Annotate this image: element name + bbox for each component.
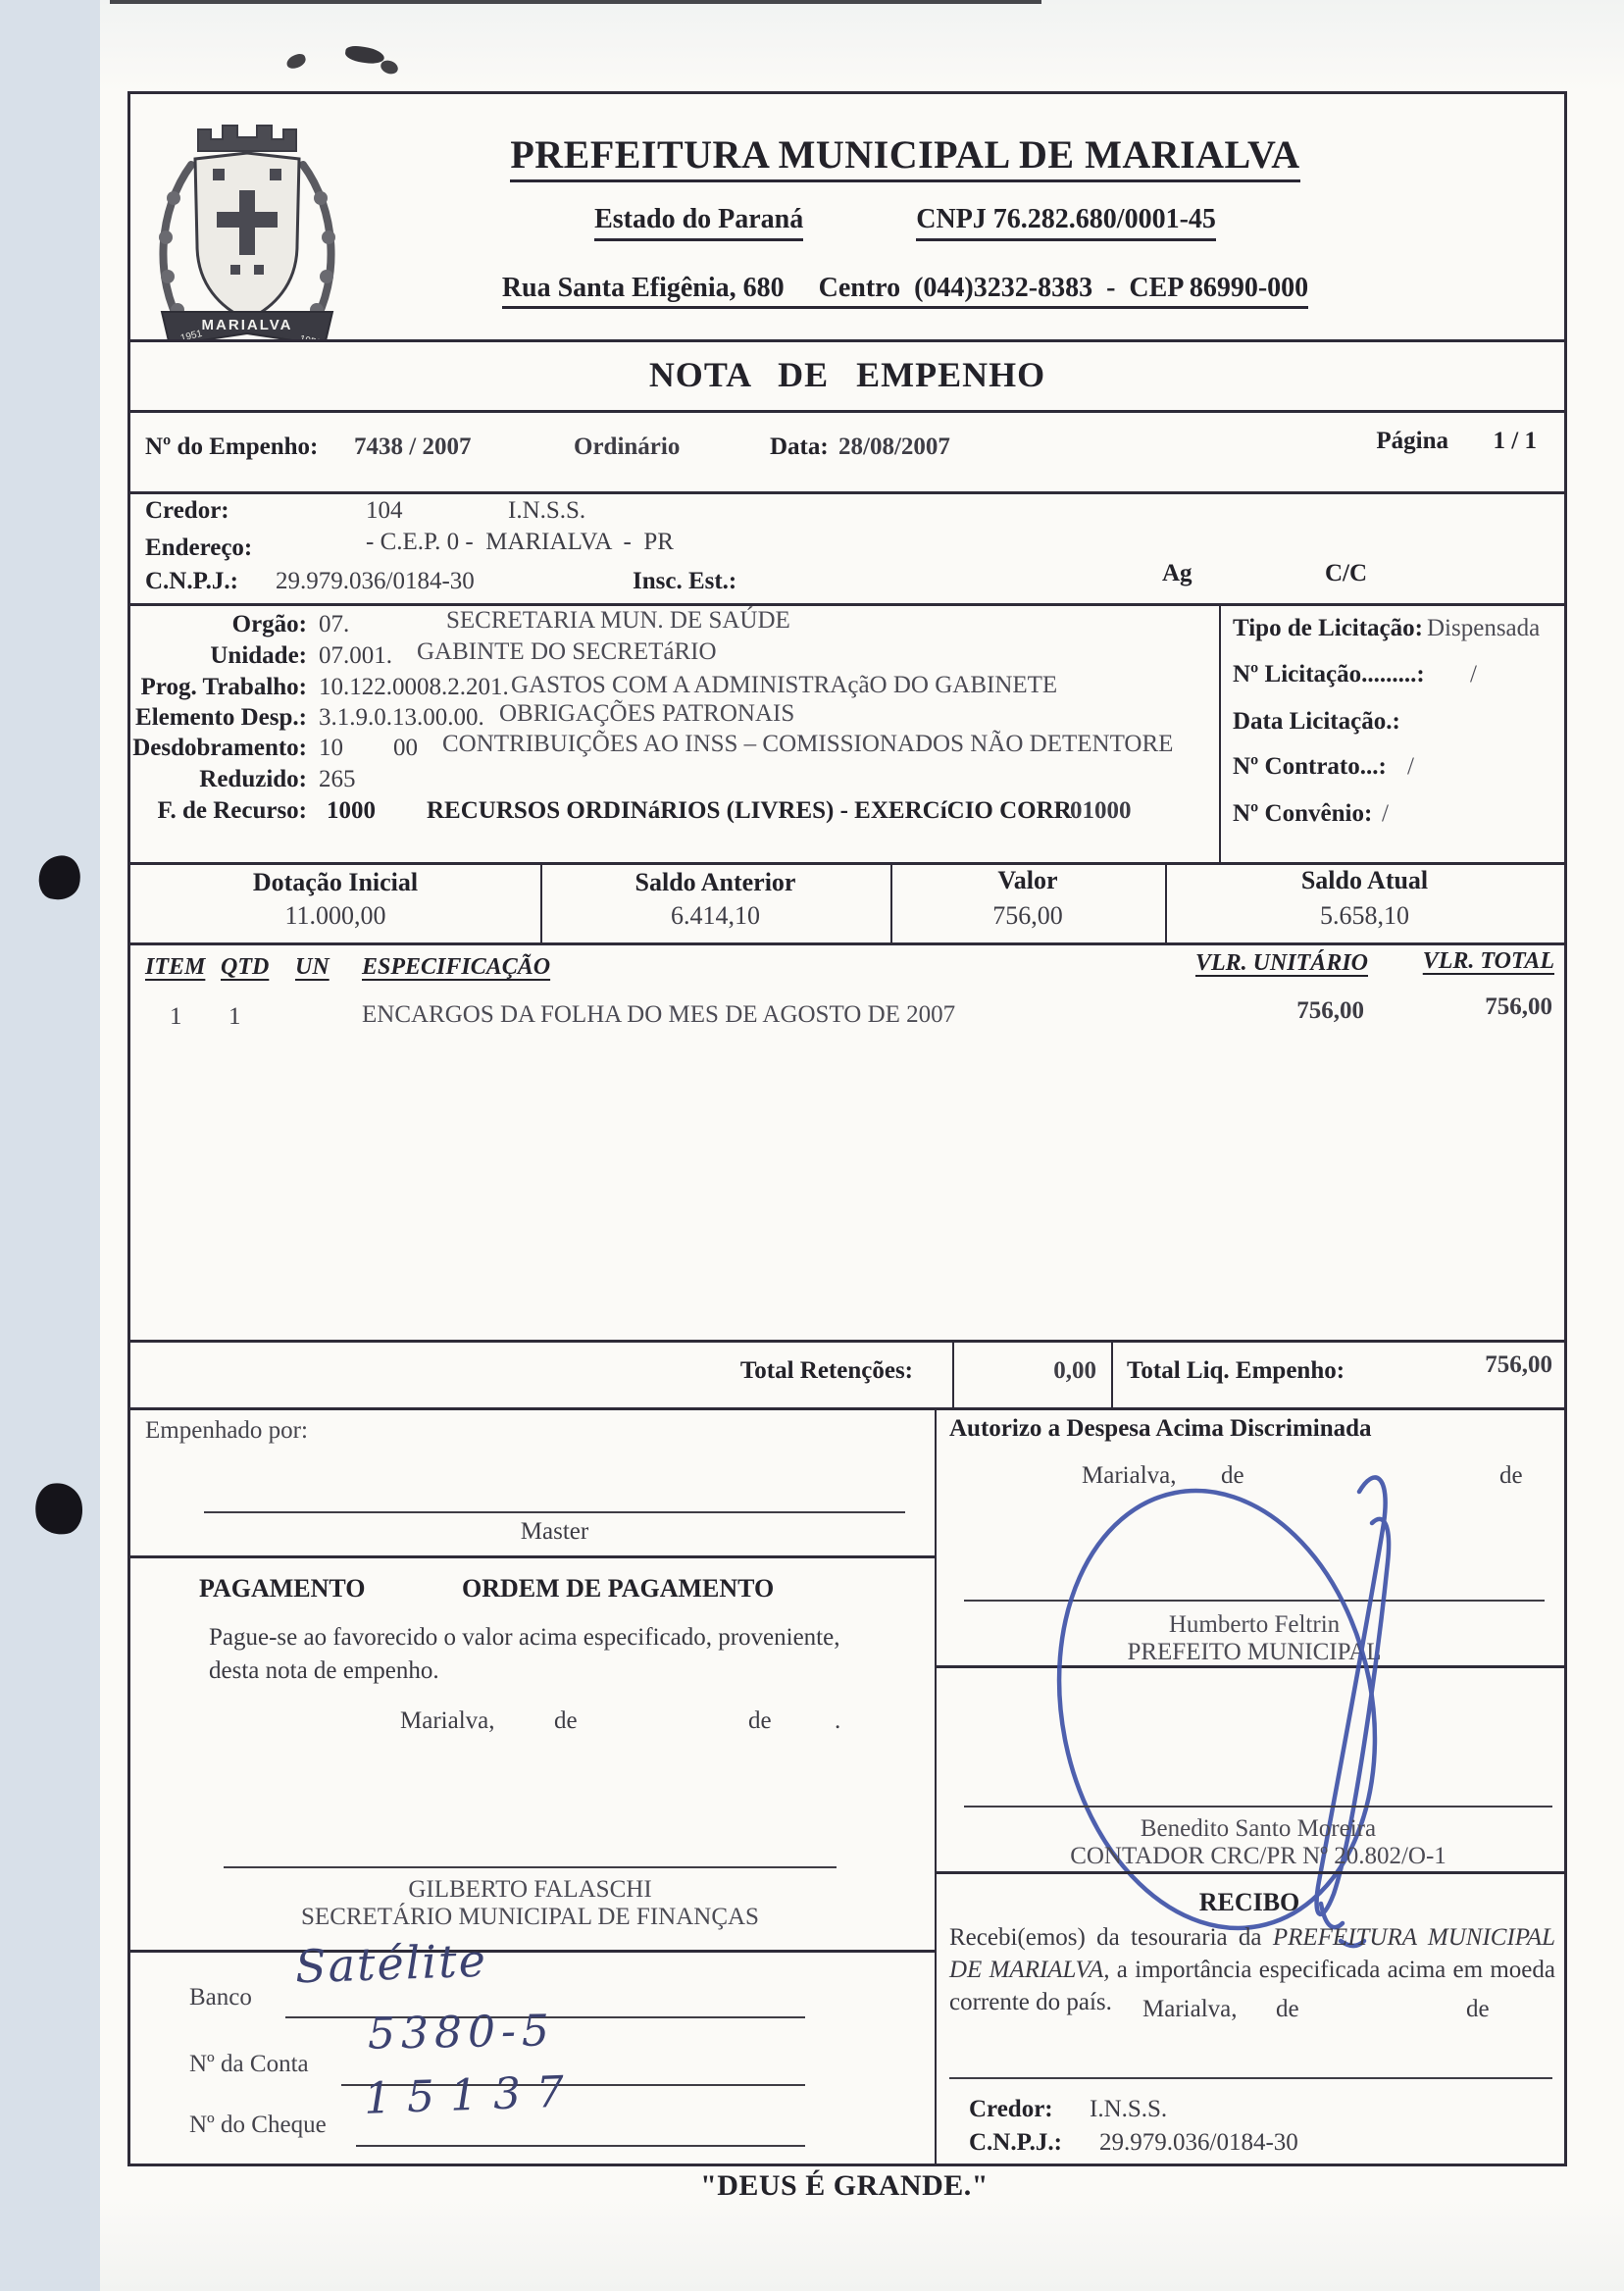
num-contrato-label: Nº Contrato...:: [1233, 753, 1387, 781]
desdobramento-code2: 00: [393, 735, 418, 762]
col-header-vlr-unitario: VLR. UNITÁRIO: [1195, 950, 1368, 977]
num-convenio-label: Nº Convênio:: [1233, 800, 1372, 828]
prog-trabalho-desc: GASTOS COM A ADMINISTRAçãO DO GABINETE: [511, 672, 1057, 699]
pagamento-titulo: PAGAMENTO: [199, 1574, 365, 1604]
org-title: PREFEITURA MUNICIPAL DE MARIALVA: [510, 132, 1299, 182]
pagamento-texto: Pague-se ao favorecido o valor acima esp…: [209, 1621, 851, 1688]
empenho-date: 28/08/2007: [838, 433, 950, 461]
recibo-credor-value: I.N.S.S.: [1090, 2096, 1167, 2123]
col-header-especificacao: ESPECIFICAÇÃO: [362, 954, 550, 981]
desdobramento-desc: CONTRIBUIÇÕES AO INSS – COMISSIONADOS NÃ…: [442, 731, 1173, 758]
endereco-label: Endereço:: [145, 535, 252, 562]
recibo-texto-parte1: Recebi(emos) da tesouraria da: [949, 1924, 1262, 1951]
reduzido-label: Reduzido:: [130, 766, 307, 793]
recibo-de1: de: [1276, 1996, 1299, 2023]
contador-cargo: CONTADOR CRC/PR Nº 20.802/O-1: [964, 1843, 1552, 1870]
contador-nome: Benedito Santo Moreira: [964, 1815, 1552, 1843]
empenhado-signature-line: [204, 1511, 905, 1513]
cnpj-value: 29.979.036/0184-30: [276, 568, 475, 595]
page-label: Página: [1376, 428, 1448, 455]
unidade-desc: GABINTE DO SECRETáRIO: [417, 638, 717, 666]
recibo-titulo: RECIBO: [1199, 1888, 1300, 1916]
prog-trabalho-label: Prog. Trabalho:: [130, 674, 307, 701]
unidade-label: Unidade:: [130, 642, 307, 670]
left-separator: [130, 1555, 935, 1558]
valor-value: 756,00: [890, 901, 1165, 931]
recibo-credor-label: Credor:: [969, 2096, 1053, 2123]
lower-section: Empenhado por: Master PAGAMENTO ORDEM DE…: [130, 1407, 1564, 2164]
total-retencoes-label: Total Retenções:: [130, 1357, 913, 1385]
cheque-label: Nº do Cheque: [189, 2112, 327, 2139]
page-number: 1 / 1: [1494, 428, 1537, 455]
ordem-pagamento-titulo: ORDEM DE PAGAMENTO: [462, 1574, 774, 1604]
autorizo-de2: de: [1499, 1462, 1523, 1490]
saldo-atual-header: Saldo Atual: [1165, 866, 1564, 895]
total-liq-label: Total Liq. Empenho:: [1127, 1357, 1345, 1385]
recibo-cidade: Marialva,: [1142, 1996, 1237, 2023]
banco-handwritten-value: Satélite: [294, 1934, 488, 1994]
pagamento-de1: de: [554, 1707, 578, 1735]
punch-hole-mark: [31, 1479, 86, 1539]
num-contrato-value: /: [1407, 753, 1414, 781]
col-header-vlr-total: VLR. TOTAL: [1423, 948, 1554, 975]
empenho-kind: Ordinário: [574, 433, 680, 461]
col-header-un: UN: [295, 954, 330, 981]
orcamento-block: Orgão: 07. SECRETARIA MUN. DE SAÚDE Unid…: [130, 603, 1564, 865]
valor-header: Valor: [890, 866, 1165, 895]
logo-ribbon-text: MARIALVA: [202, 317, 293, 333]
credor-code: 104: [366, 497, 403, 525]
municipal-coat-of-arms: MARIALVA 1951 1953: [144, 100, 350, 339]
reduzido-value: 265: [319, 766, 356, 793]
orgao-code: 07.: [319, 611, 349, 638]
empenho-number: 7438 / 2007: [354, 433, 471, 461]
desdobramento-label: Desdobramento:: [130, 735, 307, 762]
total-liq-value: 756,00: [1485, 1351, 1552, 1379]
col-header-qtd: QTD: [221, 954, 269, 981]
tipo-licitacao-label: Tipo de Licitação:: [1233, 615, 1423, 642]
elemento-despesa-label: Elemento Desp.:: [130, 704, 307, 732]
pagamento-de2: de: [748, 1707, 772, 1735]
total-retencoes-value: 0,00: [959, 1357, 1096, 1385]
cheque-line: [356, 2145, 805, 2147]
dotacao-inicial-value: 11.000,00: [130, 901, 540, 931]
num-convenio-value: /: [1382, 800, 1389, 828]
conta-corrente-label: C/C: [1325, 560, 1367, 587]
pagamento-ponto: .: [835, 1707, 840, 1735]
left-separator: [130, 1950, 935, 1953]
footer-quote: "DEUS É GRANDE.": [700, 2169, 989, 2202]
saldo-anterior-header: Saldo Anterior: [540, 868, 890, 897]
credor-label: Credor:: [145, 497, 229, 525]
valor-cell: Valor 756,00: [890, 862, 1165, 942]
tipo-licitacao-value: Dispensada: [1427, 615, 1540, 642]
autorizo-titulo: Autorizo a Despesa Acima Discriminada: [949, 1415, 1372, 1443]
nota-de-empenho-form: MARIALVA 1951 1953 PREFEITURA MUNICIPAL …: [127, 91, 1567, 2166]
letterhead: MARIALVA 1951 1953 PREFEITURA MUNICIPAL …: [130, 94, 1564, 342]
licitacao-panel: Tipo de Licitação: Dispensada Nº Licitaç…: [1233, 603, 1562, 862]
item-vlr-unitario: 756,00: [1296, 997, 1364, 1025]
item-qtd: 1: [228, 1003, 241, 1031]
saldo-anterior-value: 6.414,10: [540, 901, 890, 931]
footer-quote-wrap: "DEUS É GRANDE.": [127, 2169, 1561, 2203]
prog-trabalho-code: 10.122.0008.2.201.: [319, 674, 509, 701]
unidade-code: 07.001.: [319, 642, 392, 670]
recibo-texto: Recebi(emos) da tesouraria da PREFEITURA…: [949, 1921, 1555, 2018]
banco-label: Banco: [189, 1984, 252, 2011]
secretario-nome: GILBERTO FALASCHI: [224, 1876, 837, 1904]
org-state: Estado do Paraná: [594, 204, 803, 241]
orgao-label: Orgão:: [130, 611, 307, 638]
num-licitacao-value: /: [1470, 661, 1477, 688]
cnpj-label: C.N.P.J.:: [145, 568, 238, 595]
col-header-item: ITEM: [145, 954, 205, 981]
empenho-number-label: Nº do Empenho:: [145, 433, 318, 461]
recibo-de2: de: [1466, 1996, 1490, 2023]
desdobramento-code1: 10: [319, 735, 343, 762]
elemento-despesa-desc: OBRIGAÇÕES PATRONAIS: [499, 700, 794, 728]
fonte-recurso-num: 01000: [1070, 797, 1132, 825]
scan-edge-line: [110, 0, 1041, 4]
fonte-recurso-desc: RECURSOS ORDINáRIOS (LIVRES) - EXERCíCIO…: [427, 797, 1072, 825]
orgao-desc: SECRETARIA MUN. DE SAÚDE: [446, 607, 790, 635]
recibo-cnpj-value: 29.979.036/0184-30: [1099, 2129, 1298, 2157]
item-especificacao: ENCARGOS DA FOLHA DO MES DE AGOSTO DE 20…: [362, 1001, 955, 1029]
fonte-recurso-label: F. de Recurso:: [130, 797, 307, 825]
scanned-document-page: MARIALVA 1951 1953 PREFEITURA MUNICIPAL …: [0, 0, 1624, 2291]
doc-title-band: NOTA DE EMPENHO: [130, 339, 1564, 413]
pagamento-cidade: Marialva,: [400, 1707, 494, 1735]
recibo-signature-line: [949, 2077, 1552, 2079]
recibo-cnpj-label: C.N.P.J.:: [969, 2129, 1062, 2157]
saldo-atual-cell: Saldo Atual 5.658,10: [1165, 862, 1564, 942]
insc-est-label: Insc. Est.:: [633, 568, 736, 595]
contador-signature-line: [964, 1806, 1552, 1807]
secretario-cargo: SECRETÁRIO MUNICIPAL DE FINANÇAS: [224, 1904, 837, 1931]
item-vlr-total: 756,00: [1485, 993, 1552, 1021]
item-num: 1: [170, 1003, 182, 1031]
dotacao-inicial-header: Dotação Inicial: [130, 868, 540, 897]
saldos-row: Dotação Inicial 11.000,00 Saldo Anterior…: [130, 862, 1564, 945]
saldo-anterior-cell: Saldo Anterior 6.414,10: [540, 862, 890, 942]
empenhado-por-label: Empenhado por:: [145, 1417, 308, 1445]
conta-label: Nº da Conta: [189, 2051, 309, 2078]
credor-name: I.N.S.S.: [508, 497, 585, 525]
elemento-despesa-code: 3.1.9.0.13.00.00.: [319, 704, 484, 732]
data-licitacao-label: Data Licitação.:: [1233, 708, 1400, 736]
punch-hole-mark: [34, 851, 85, 905]
empenho-date-label: Data:: [770, 433, 829, 461]
secretario-signature-line: [224, 1866, 837, 1868]
totais-divider: [952, 1340, 954, 1407]
credor-block: Credor: 104 I.N.S.S. Endereço: - C.E.P. …: [130, 491, 1564, 606]
totais-divider: [1111, 1340, 1113, 1407]
saldo-atual-value: 5.658,10: [1165, 901, 1564, 931]
lower-divider: [935, 1407, 937, 2164]
cheque-handwritten-value: 15137: [363, 2066, 581, 2124]
agencia-label: Ag: [1162, 560, 1193, 587]
itens-table: ITEM QTD UN ESPECIFICAÇÃO VLR. UNITÁRIO …: [130, 942, 1564, 1343]
fonte-recurso-code: 1000: [327, 797, 376, 825]
right-separator: [935, 1871, 1564, 1874]
endereco-value: - C.E.P. 0 - MARIALVA - PR: [366, 529, 674, 556]
conta-handwritten-value: 5380-5: [368, 2006, 556, 2059]
empenhado-assinatura: Master: [204, 1518, 905, 1546]
empenho-row: Nº do Empenho: 7438 / 2007 Ordinário Dat…: [130, 410, 1564, 494]
empenhado-assinatura-nome: Master: [521, 1518, 588, 1545]
org-cnpj: CNPJ 76.282.680/0001-45: [916, 204, 1216, 241]
dotacao-inicial-cell: Dotação Inicial 11.000,00: [130, 862, 540, 942]
totais-row: Total Retenções: 0,00 Total Liq. Empenho…: [130, 1340, 1564, 1410]
doc-title: NOTA DE EMPENHO: [649, 355, 1045, 394]
org-address: Rua Santa Efigênia, 680 Centro (044)3232…: [502, 273, 1308, 309]
licitacao-divider: [1219, 603, 1221, 862]
num-licitacao-label: Nº Licitação.........:: [1233, 661, 1425, 688]
